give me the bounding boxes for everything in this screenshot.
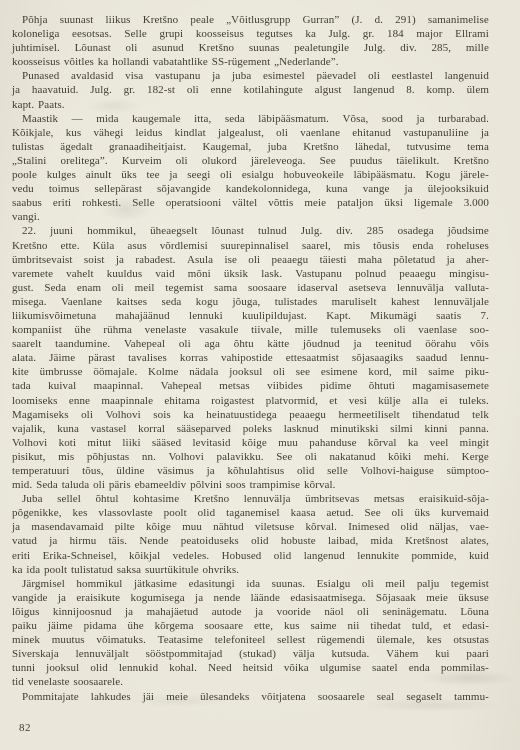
text-line: jamasendavamaidpiltekõigemuunähtudvilets… [12, 520, 489, 534]
book-page: PõhjasuunastliikusKretšnopeale„Võitlusgr… [0, 0, 520, 750]
text-line: varemetevaheltkuuldusvaidmõniüksiklask.V… [12, 267, 489, 281]
text-line: tulistasägedaltgranaadiheitjaist.Kaugema… [12, 140, 489, 154]
text-line: vatudjahirmutäis.Nendepeatoiduseksolidho… [12, 534, 489, 548]
text-line: „Staliniorelitega”.Kurveimoliolukordjäre… [12, 154, 489, 168]
text-line: MagamiseksoliVolhovisoiskaheinatuustideg… [12, 408, 489, 422]
text-line: minekmuutusvõimatuks.Teatasimetelefonite… [12, 633, 489, 647]
text-line: kiteümbrusseöömajale.Kolmenädalajooksulo… [12, 365, 489, 379]
text-line: tid venelaste soosaarele. [12, 675, 489, 689]
text-line: JubasellelõhtulkohtasimeKretšnolennuvälj… [12, 492, 489, 506]
text-line: Pommitajatelahkudesjäimeieülesandeksvõit… [12, 690, 489, 704]
text-line: mid. Seda taluda oli päris ebameeldiv põ… [12, 478, 489, 492]
text-line: pisikut,mispõhjustasnn.Volhovipalavikku.… [12, 450, 489, 464]
paragraph: Punasedavaldasidvisavastupanujajubaesime… [12, 69, 489, 111]
text-line: vedutoimussellepärastsõjavangidekandekol… [12, 182, 489, 196]
text-line: 22.juunihommikul,üheaegseltlõunasttulnud… [12, 224, 489, 238]
text-line: eritiErika-Schneisel,kõikjalvedeles.Hobu… [12, 549, 489, 563]
text-line: alata.Jäimepärasttavaliseskorrasvahipost… [12, 351, 489, 365]
paragraph: 22.juunihommikul,üheaegseltlõunasttulnud… [12, 224, 489, 492]
text-line: juhtimisel.LõunastoliasunudKretšnosuunas… [12, 41, 489, 55]
text-line: kapt. Paats. [12, 98, 489, 112]
text-line: Järgmiselhommikuljätkasimeedasitungiidas… [12, 577, 489, 591]
text-line: vajalik,kunavastaselkorralsääseparvedpol… [12, 422, 489, 436]
body-text: PõhjasuunastliikusKretšnopeale„Võitlusgr… [12, 13, 489, 704]
text-line: saarelttaandumine.Vahepealoliagaõhtukätt… [12, 337, 489, 351]
text-line: vangi. [12, 210, 489, 224]
paragraph: JubasellelõhtulkohtasimeKretšnolennuvälj… [12, 492, 489, 577]
text-line: loomiseksennemaapinnaleehitamaroigastest… [12, 394, 489, 408]
text-line: ka ida poolt tulistatud saksa suurtükitu… [12, 563, 489, 577]
text-line: ümbritsevaistsoistjarabadest.Asulaiseoli… [12, 253, 489, 267]
text-line: tunnijooksulolidlennukidkohal.Needheitsi… [12, 661, 489, 675]
paragraph: Maastik—midakaugemaleitta,sedaläbipääsma… [12, 112, 489, 225]
text-line: Volhovikotimitutliikisääsedlevitasidkõig… [12, 436, 489, 450]
text-line: Siverskajalennuväljaltsööstpommitajad(st… [12, 647, 489, 661]
text-line: tadakuivalmaapinnal.Vahepealmetsasviibid… [12, 379, 489, 393]
page-number: 82 [19, 722, 31, 734]
text-line: vangidejaeraisikutekogumisegajanendelään… [12, 591, 489, 605]
text-line: kompaniistüherühmavenelastevasakuletiiva… [12, 323, 489, 337]
text-line: misega.Vaenlanekaitsessedakogujõuga,tuli… [12, 295, 489, 309]
text-line: jahaavatuid.Julg.gr.182-stoliennekotilah… [12, 83, 489, 97]
text-line: saabuseritirohkesti.Selleoperatsiooniväl… [12, 196, 489, 210]
text-line: põgenikke,kesvlassovlastepooltolidtagane… [12, 506, 489, 520]
paragraph: Pommitajatelahkudesjäimeieülesandeksvõit… [12, 690, 489, 704]
paragraph: PõhjasuunastliikusKretšnopeale„Võitlusgr… [12, 13, 489, 69]
text-line: koosseisus võitles ka hollandi vabatahtl… [12, 55, 489, 69]
text-line: Punasedavaldasidvisavastupanujajubaesime… [12, 69, 489, 83]
text-line: paikujäimepidamaühekõrgemasoosaareette,k… [12, 619, 489, 633]
text-line: Kretšnoette.Külaasusvõrdlemisisuurepinna… [12, 239, 489, 253]
text-line: Kõikjale,kusvähegileiduskindlatjalgealus… [12, 126, 489, 140]
text-line: PõhjasuunastliikusKretšnopeale„Võitlusgr… [12, 13, 489, 27]
text-line: gust.Sedaenamolimeiltegemistsamasoosaare… [12, 281, 489, 295]
text-line: temperatuuritõus,üldineväsimusjakõhulaht… [12, 464, 489, 478]
paragraph: Järgmiselhommikuljätkasimeedasitungiidas… [12, 577, 489, 690]
text-line: lõiguskinnijoosnudjamahajäetudautodejavo… [12, 605, 489, 619]
text-line: koloneligaeesotsas.Sellegrupikoosseisust… [12, 27, 489, 41]
text-line: poolekulgesainultüksteejaseegioliesialgu… [12, 168, 489, 182]
text-line: liikumisvõimetunamahajäänudlennukikuulip… [12, 309, 489, 323]
text-line: Maastik—midakaugemaleitta,sedaläbipääsma… [12, 112, 489, 126]
